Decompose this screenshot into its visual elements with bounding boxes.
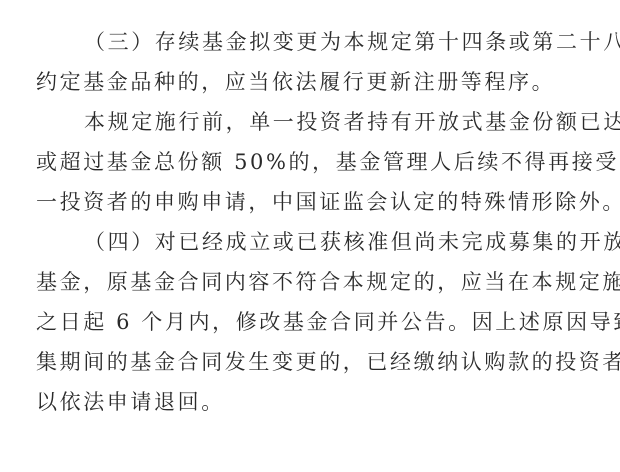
text-line: 集期间的基金合同发生变更的，已经缴纳认购款的投资者可 — [36, 342, 576, 382]
paragraph-clause-4: （四）对已经成立或已获核准但尚未完成募集的开放式 基金，原基金合同内容不符合本规… — [36, 222, 576, 422]
text-line: 或超过基金总份额 50%的，基金管理人后续不得再接受该单 — [36, 142, 576, 182]
text-line: 之日起 6 个月内，修改基金合同并公告。因上述原因导致募 — [36, 302, 576, 342]
document-page: （三）存续基金拟变更为本规定第十四条或第二十八条 约定基金品种的，应当依法履行更… — [0, 0, 620, 472]
text-line: （四）对已经成立或已获核准但尚未完成募集的开放式 — [36, 222, 576, 262]
text-line: 约定基金品种的，应当依法履行更新注册等程序。 — [36, 62, 576, 102]
paragraph-clause-3: （三）存续基金拟变更为本规定第十四条或第二十八条 约定基金品种的，应当依法履行更… — [36, 22, 576, 102]
text-line: （三）存续基金拟变更为本规定第十四条或第二十八条 — [36, 22, 576, 62]
text-line: 以依法申请退回。 — [36, 382, 576, 422]
text-line: 基金，原基金合同内容不符合本规定的，应当在本规定施行 — [36, 262, 576, 302]
paragraph-pre-enactment-rule: 本规定施行前，单一投资者持有开放式基金份额已达到 或超过基金总份额 50%的，基… — [36, 102, 576, 222]
text-line: 本规定施行前，单一投资者持有开放式基金份额已达到 — [36, 102, 576, 142]
text-line: 一投资者的申购申请，中国证监会认定的特殊情形除外。 — [36, 182, 576, 222]
